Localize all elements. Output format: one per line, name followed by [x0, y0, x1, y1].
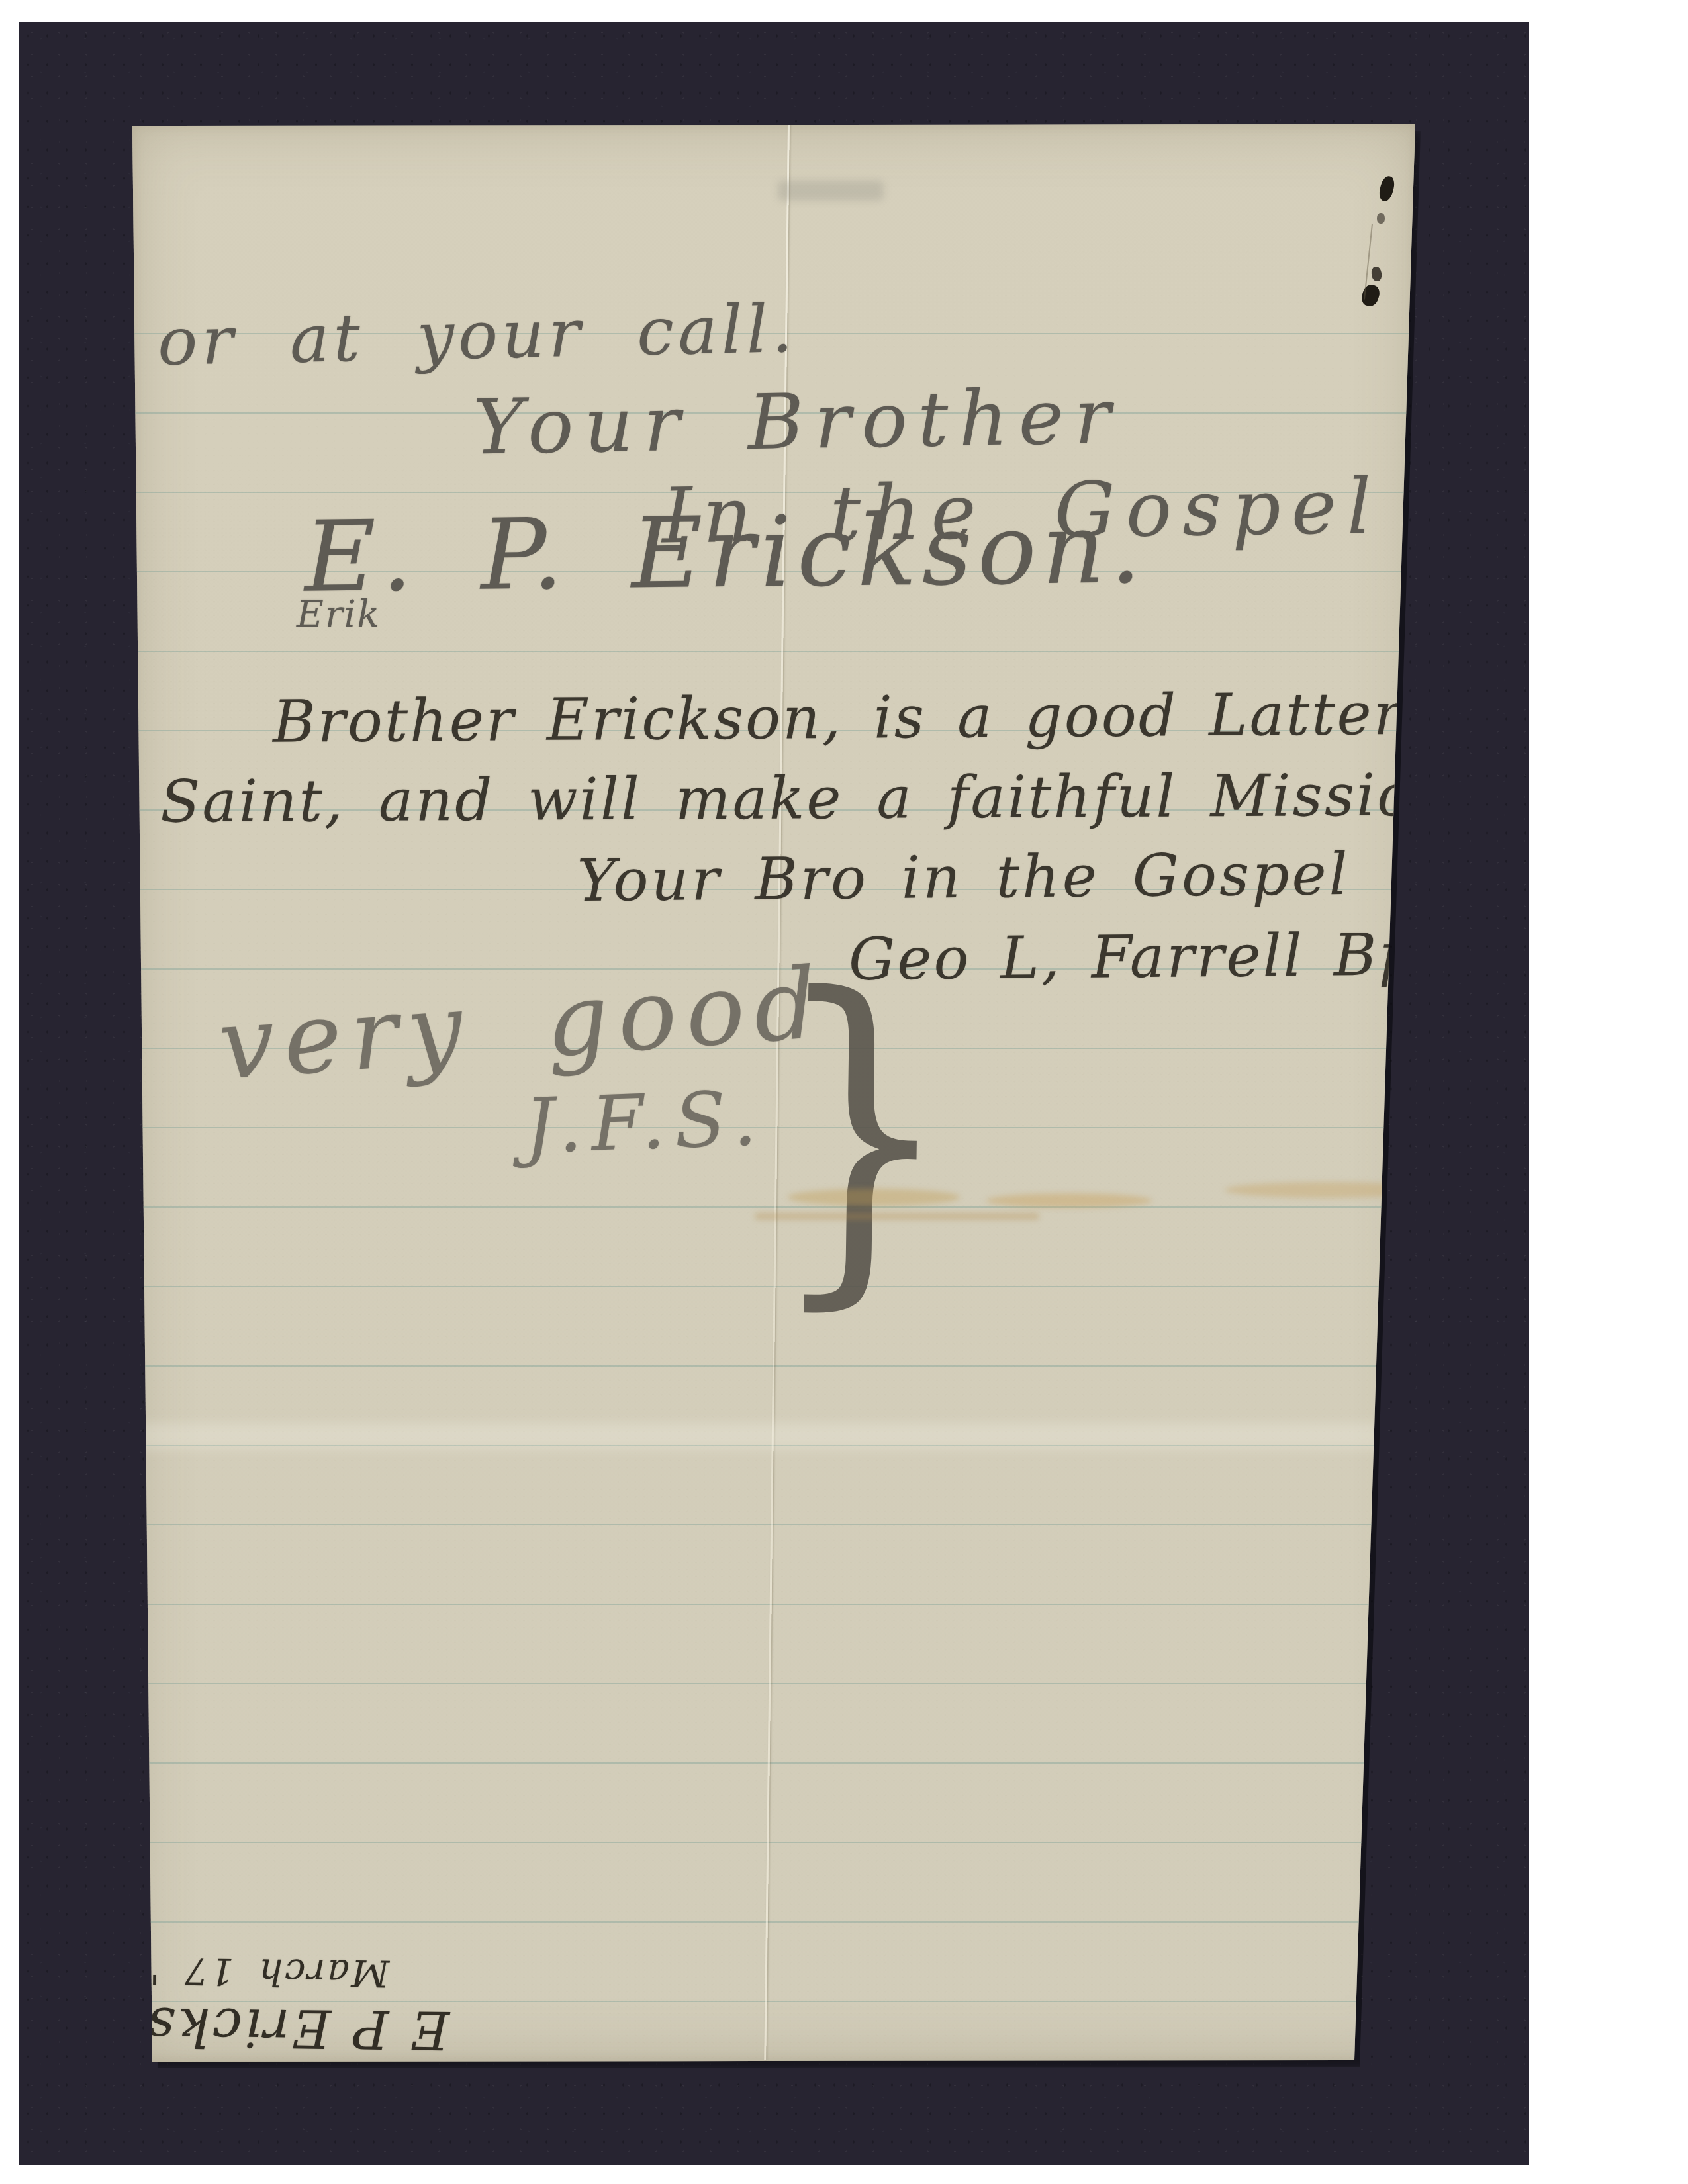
- erickson-signature: E. P. Erickson.: [304, 497, 1147, 609]
- recommendation-line-3: Your Bro in the Gospel: [577, 844, 1350, 912]
- review-initials: J.F.S.: [523, 1079, 767, 1166]
- docket-date: March 17 '87: [134, 1950, 390, 1992]
- stain-streak: [755, 1213, 1039, 1220]
- ink-blot: [1378, 175, 1397, 203]
- recommendation-line-1: Brother Erickson, is a good Latter Day: [273, 682, 1555, 752]
- ink-blot: [1371, 266, 1383, 282]
- letter-paper: or at your call. Your Brother In the Gos…: [132, 124, 1417, 2062]
- ink-blot: [1377, 213, 1385, 224]
- stain-streak: [788, 1189, 960, 1206]
- stain-streak: [986, 1193, 1152, 1208]
- ink-blot: [1360, 283, 1382, 308]
- paper-discoloration-band: [132, 1423, 1417, 1449]
- closing-line-2: Your Brother: [473, 377, 1122, 468]
- closing-line-1: or at your call.: [157, 294, 797, 377]
- scanned-page: or at your call. Your Brother In the Gos…: [0, 0, 1688, 2184]
- recommendation-line-2: Saint, and will make a faithful Missiona…: [160, 764, 1555, 832]
- ink-ghost-smudge: [778, 181, 884, 201]
- erik-annotation: Erik: [297, 596, 381, 635]
- docket-name: E P Erickson: [132, 1998, 449, 2058]
- docket-block: E P Erickson March 17 '87: [132, 1888, 451, 2058]
- review-brace: }: [768, 952, 955, 1313]
